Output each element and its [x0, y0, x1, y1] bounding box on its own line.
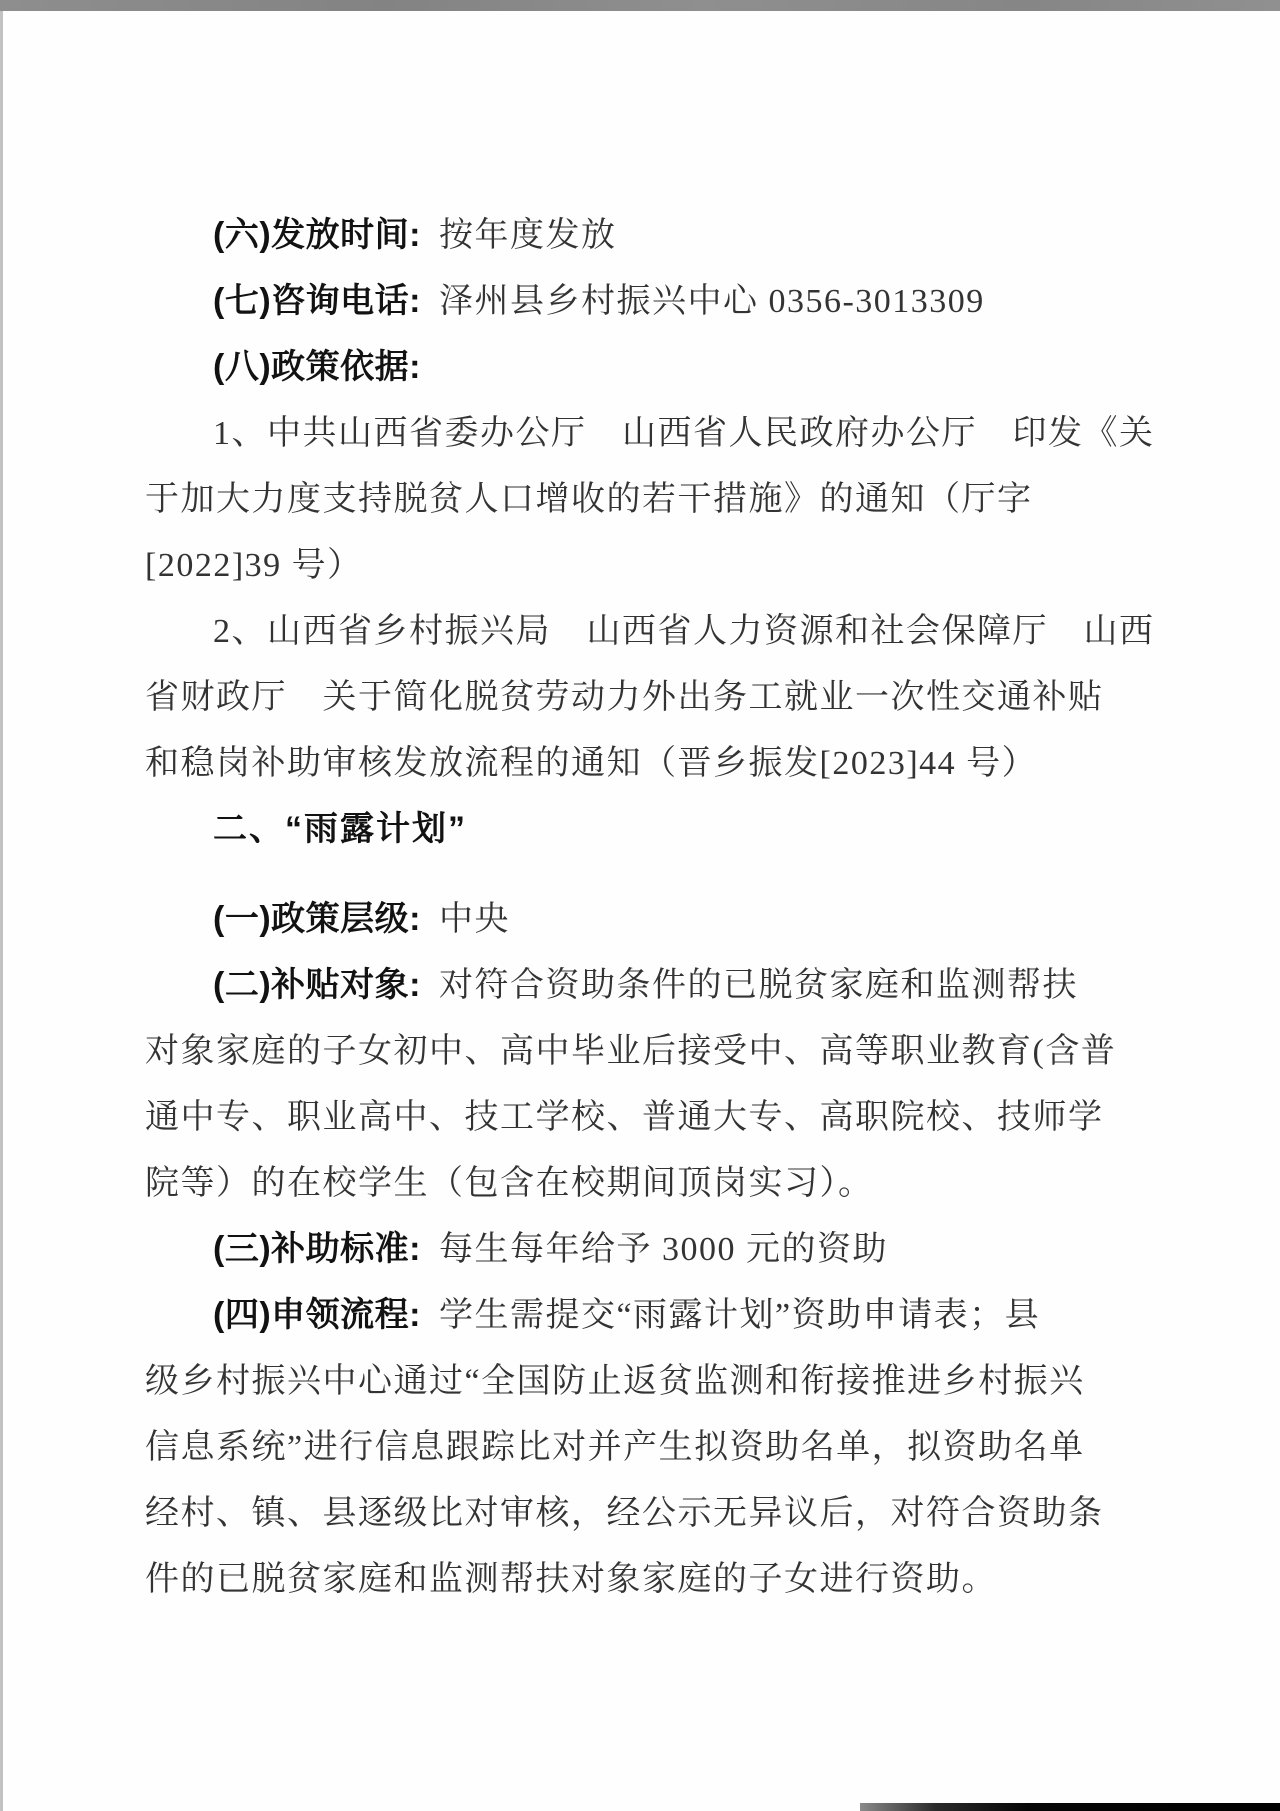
line-text: 件的已脱贫家庭和监测帮扶对象家庭的子女进行资助。 [145, 1561, 997, 1598]
section-label: (二)补贴对象: [213, 966, 421, 1004]
line-text: 经村、镇、县逐级比对审核，经公示无异议后，对符合资助条 [145, 1495, 1104, 1532]
scanned-document-page: (六)发放时间:按年度发放 (七)咨询电话:泽州县乡村振兴中心 0356-301… [0, 0, 1280, 1811]
doc-line-phone: (七)咨询电话:泽州县乡村振兴中心 0356-3013309 [145, 268, 993, 334]
doc-line: 于加大力度支持脱贫人口增收的若干措施》的通知（厅字 [145, 466, 993, 532]
document-text-block: (六)发放时间:按年度发放 (七)咨询电话:泽州县乡村振兴中心 0356-301… [145, 202, 993, 1612]
doc-line-policy-level: (一)政策层级:中央 [145, 886, 993, 952]
scan-edge-top [0, 0, 1280, 11]
scan-edge-bottom [860, 1803, 1280, 1811]
line-text: 和稳岗补助审核发放流程的通知（晋乡振发[2023]44 号） [145, 745, 1037, 782]
section-label: 二、“雨露计划” [213, 810, 467, 848]
section-label: (七)咨询电话: [213, 282, 421, 320]
doc-line: 经村、镇、县逐级比对审核，经公示无异议后，对符合资助条 [145, 1480, 993, 1546]
line-text: 通中专、职业高中、技工学校、普通大专、高职院校、技师学 [145, 1099, 1104, 1136]
line-text: 对象家庭的子女初中、高中毕业后接受中、高等职业教育(含普 [145, 1033, 1116, 1070]
line-text: 院等）的在校学生（包含在校期间顶岗实习）。 [145, 1165, 874, 1202]
doc-line-application-process: (四)申领流程:学生需提交“雨露计划”资助申请表；县 [145, 1282, 993, 1348]
section-label: (三)补助标准: [213, 1230, 421, 1268]
line-text: 对符合资助条件的已脱贫家庭和监测帮扶 [439, 967, 1078, 1004]
line-text: 每生每年给予 3000 元的资助 [439, 1231, 888, 1268]
section-label: (六)发放时间: [213, 216, 421, 254]
doc-line: 1、中共山西省委办公厅 山西省人民政府办公厅 印发《关 [145, 400, 993, 466]
doc-line: 省财政厅 关于简化脱贫劳动力外出务工就业一次性交通补贴 [145, 664, 993, 730]
doc-line-policy-basis: (八)政策依据: [145, 334, 993, 400]
section-label: (一)政策层级: [213, 900, 421, 938]
line-text: 省财政厅 关于简化脱贫劳动力外出务工就业一次性交通补贴 [145, 679, 1104, 716]
section-label: (八)政策依据: [213, 348, 421, 386]
doc-line: 信息系统”进行信息跟踪比对并产生拟资助名单，拟资助名单 [145, 1414, 993, 1480]
doc-line: 2、山西省乡村振兴局 山西省人力资源和社会保障厅 山西 [145, 598, 993, 664]
doc-heading-yulu-plan: 二、“雨露计划” [145, 796, 993, 862]
line-text: 中央 [439, 901, 510, 938]
line-text: 级乡村振兴中心通过“全国防止返贫监测和衔接推进乡村振兴 [145, 1363, 1085, 1400]
line-text: 1、中共山西省委办公厅 山西省人民政府办公厅 印发《关 [213, 415, 1155, 452]
doc-line: 院等）的在校学生（包含在校期间顶岗实习）。 [145, 1150, 993, 1216]
line-text: 泽州县乡村振兴中心 0356-3013309 [439, 283, 985, 320]
section-label: (四)申领流程: [213, 1296, 421, 1334]
doc-line-issue-time: (六)发放时间:按年度发放 [145, 202, 993, 268]
doc-line: 对象家庭的子女初中、高中毕业后接受中、高等职业教育(含普 [145, 1018, 993, 1084]
line-text: [2022]39 号） [145, 547, 363, 584]
line-text: 于加大力度支持脱贫人口增收的若干措施》的通知（厅字 [145, 481, 1033, 518]
doc-line: [2022]39 号） [145, 532, 993, 598]
line-text: 2、山西省乡村振兴局 山西省人力资源和社会保障厅 山西 [213, 613, 1155, 650]
scan-edge-left [0, 11, 3, 1811]
doc-line-subsidy-target: (二)补贴对象:对符合资助条件的已脱贫家庭和监测帮扶 [145, 952, 993, 1018]
doc-line-subsidy-standard: (三)补助标准:每生每年给予 3000 元的资助 [145, 1216, 993, 1282]
line-text: 按年度发放 [439, 217, 617, 254]
doc-line: 和稳岗补助审核发放流程的通知（晋乡振发[2023]44 号） [145, 730, 993, 796]
doc-line: 通中专、职业高中、技工学校、普通大专、高职院校、技师学 [145, 1084, 993, 1150]
doc-line: 件的已脱贫家庭和监测帮扶对象家庭的子女进行资助。 [145, 1546, 993, 1612]
doc-line: 级乡村振兴中心通过“全国防止返贫监测和衔接推进乡村振兴 [145, 1348, 993, 1414]
line-text: 信息系统”进行信息跟踪比对并产生拟资助名单，拟资助名单 [145, 1429, 1085, 1466]
line-text: 学生需提交“雨露计划”资助申请表；县 [439, 1297, 1040, 1334]
